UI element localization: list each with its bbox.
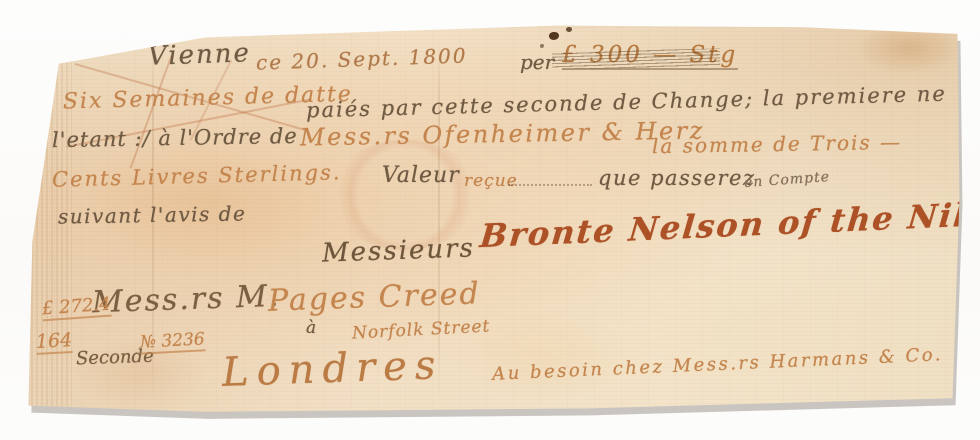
per-label: per	[520, 50, 554, 74]
drawee-prefix: Mess.rs M.	[91, 279, 280, 321]
drawee-name: Pages Creed	[267, 276, 481, 318]
cancellation-hatch-lines	[552, 49, 720, 70]
valeur-label: Valeur	[382, 163, 460, 188]
margin-amount: £ 272.4	[41, 294, 111, 322]
a-label: à	[306, 318, 316, 338]
dotted-filler	[508, 184, 592, 186]
dateline-place: Vienne	[148, 38, 252, 72]
photo-of-bill-of-exchange: Vienne ce 20. Sept. 1800 per £ 300 — Stg…	[0, 0, 980, 440]
messieurs-label: Messieurs	[322, 233, 476, 268]
passerez-clause: que passerez	[598, 166, 756, 190]
valeur-value: reçue	[464, 171, 518, 191]
order-clause: l'etant :/ à l'Ordre de	[52, 124, 298, 152]
margin-number: 164	[35, 329, 72, 355]
age-stain	[430, 300, 650, 410]
margin-reference-number: № 3236	[139, 329, 205, 354]
drawee-city: Londres	[221, 342, 444, 396]
advice-clause: suivant l'avis de	[58, 201, 247, 228]
age-stain	[850, 18, 970, 78]
paper-sheet: Vienne ce 20. Sept. 1800 per £ 300 — Stg…	[0, 0, 980, 440]
sum-intro: la somme de Trois —	[652, 130, 902, 158]
